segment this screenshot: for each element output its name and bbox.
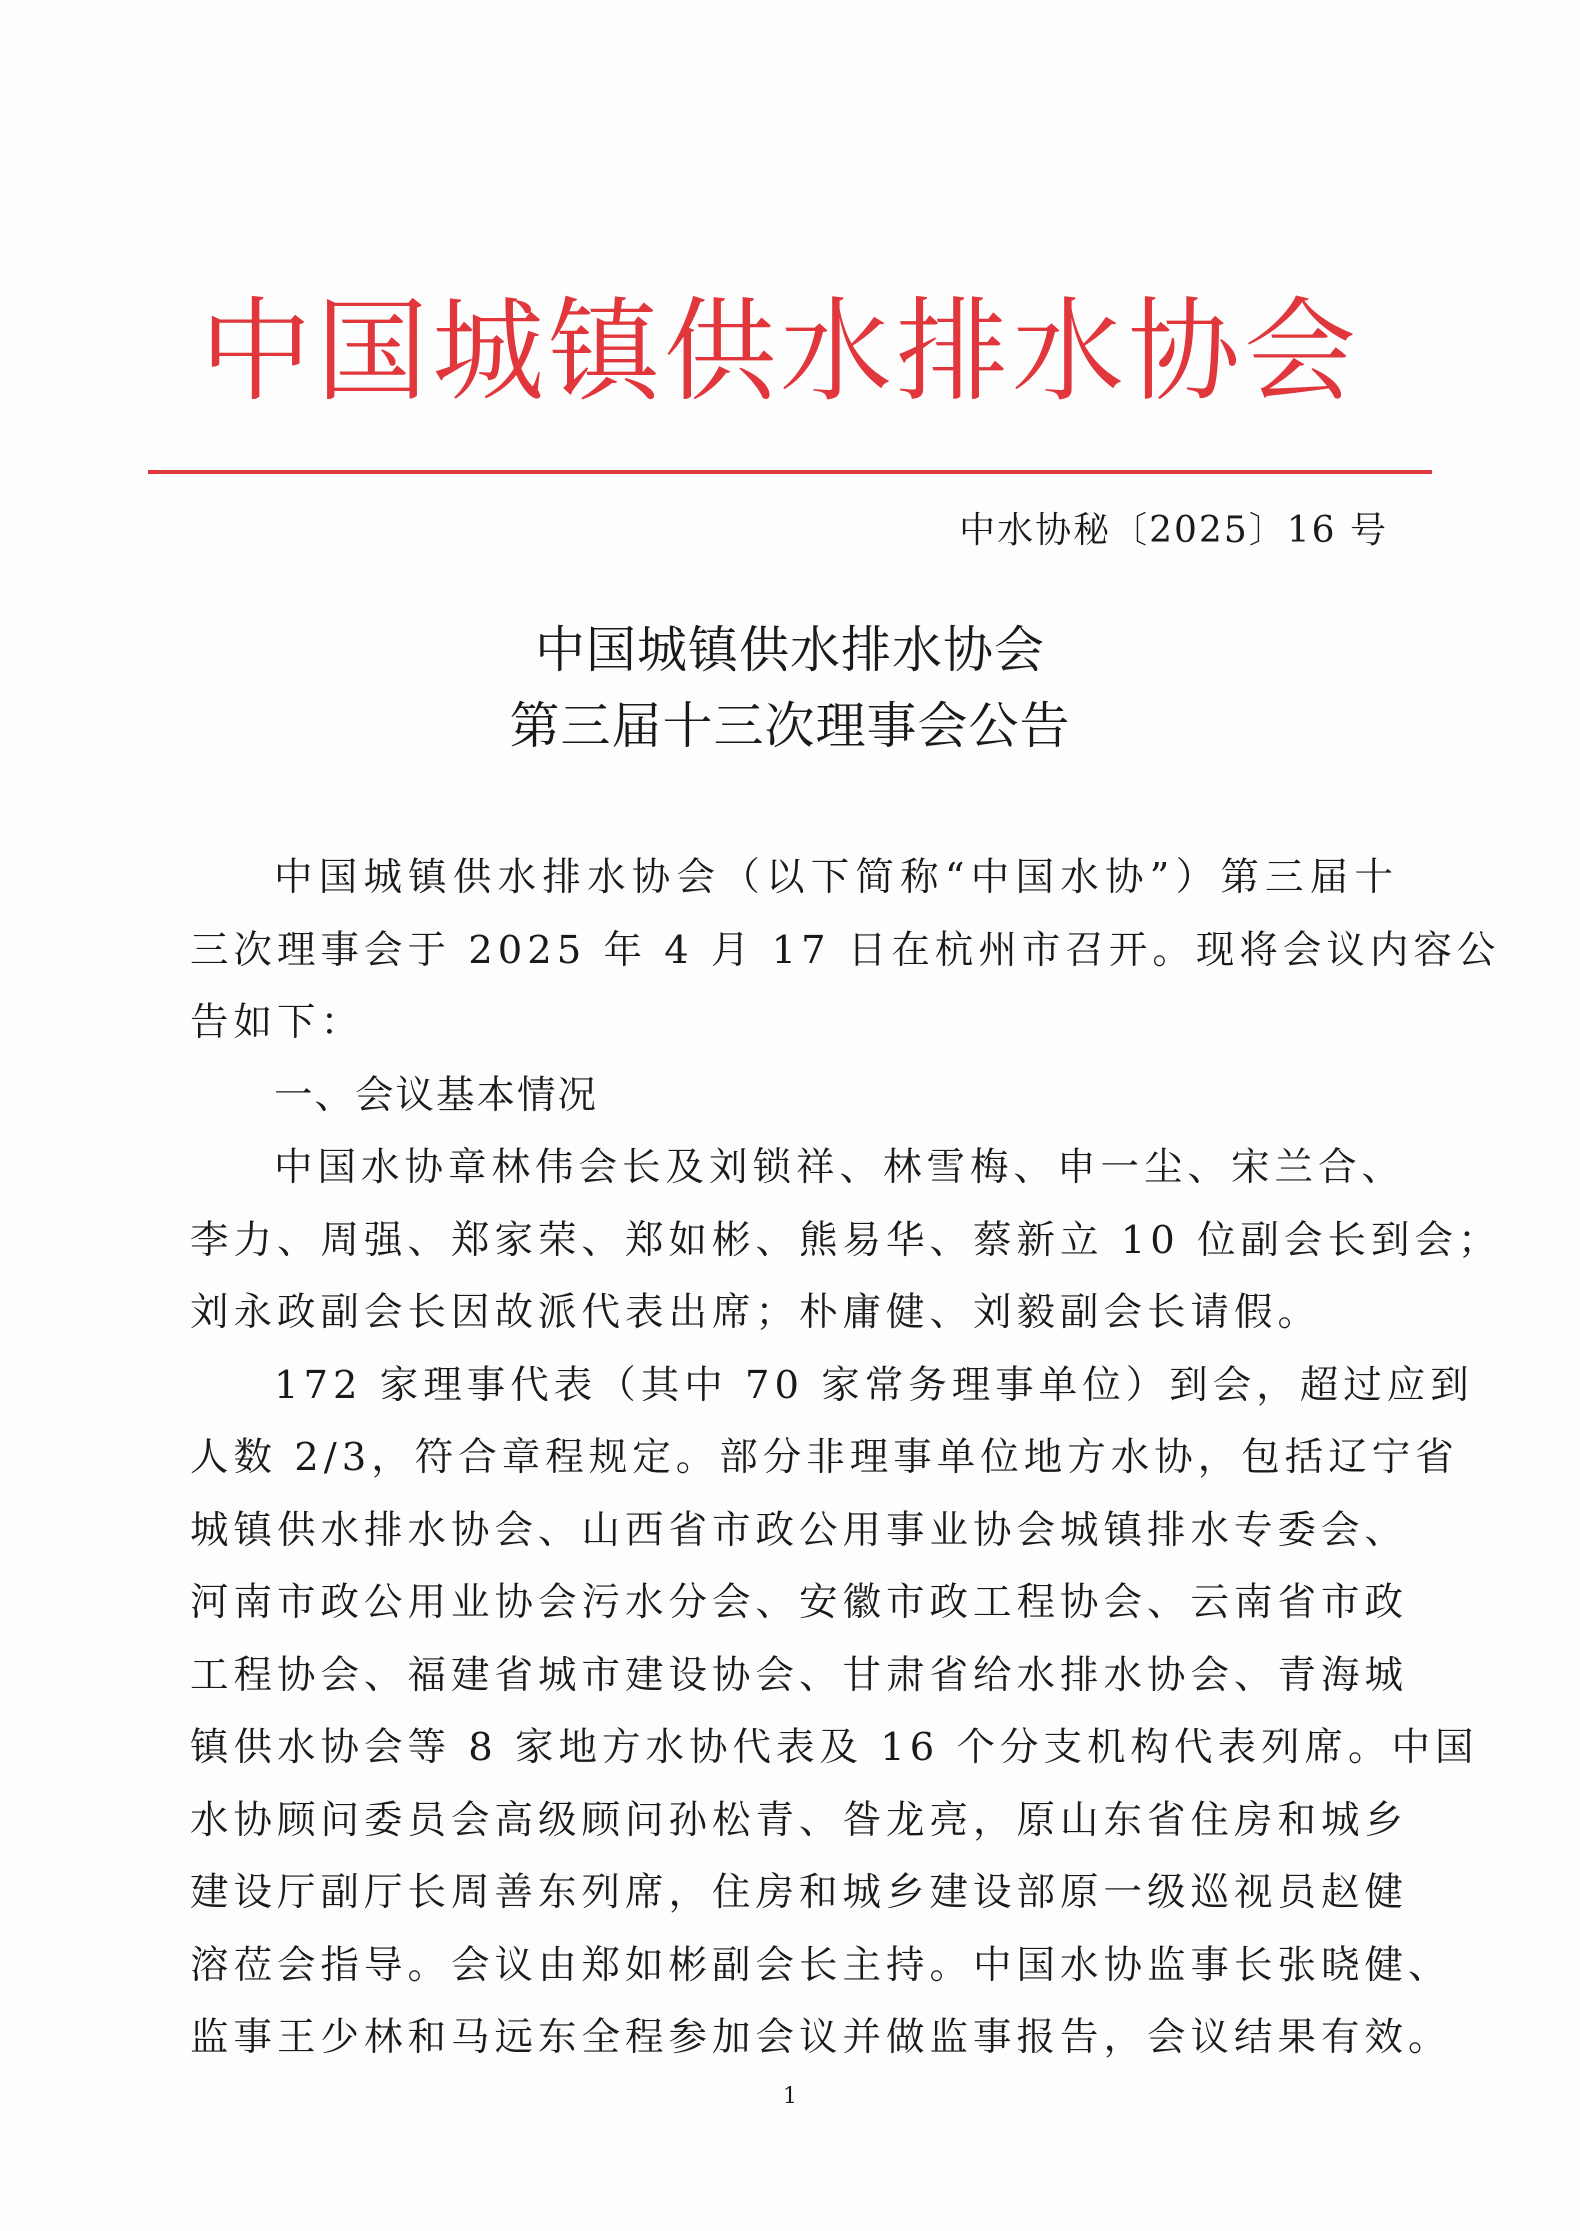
announcement-title-line-1: 中国城镇供水排水协会 xyxy=(0,618,1580,682)
body-line: 三次理事会于 2025 年 4 月 17 日在杭州市召开。现将会议内容公 xyxy=(190,915,1398,988)
body-line: 中国城镇供水排水协会（以下简称“中国水协”）第三届十 xyxy=(190,842,1398,915)
letterhead-title: 中国城镇供水排水协会 xyxy=(150,282,1410,422)
letterhead-red-rule xyxy=(148,470,1432,474)
body-line: 李力、周强、郑家荣、郑如彬、熊易华、蔡新立 10 位副会长到会； xyxy=(190,1205,1398,1278)
body-line: 水协顾问委员会高级顾问孙松青、昝龙亮，原山东省住房和城乡 xyxy=(190,1785,1398,1858)
body-line: 建设厅副厅长周善东列席，住房和城乡建设部原一级巡视员赵健 xyxy=(190,1857,1398,1930)
body-line: 告如下： xyxy=(190,987,1398,1060)
announcement-title-line-2: 第三届十三次理事会公告 xyxy=(0,694,1580,758)
section-heading: 一、会议基本情况 xyxy=(190,1060,1398,1133)
body-line: 工程协会、福建省城市建设协会、甘肃省给水排水协会、青海城 xyxy=(190,1640,1398,1713)
body-line: 溶莅会指导。会议由郑如彬副会长主持。中国水协监事长张晓健、 xyxy=(190,1930,1398,2003)
body-line: 刘永政副会长因故派代表出席；朴庸健、刘毅副会长请假。 xyxy=(190,1277,1398,1350)
document-page: 中国城镇供水排水协会 中水协秘〔2025〕16 号 中国城镇供水排水协会 第三届… xyxy=(0,0,1580,2231)
body-line: 监事王少林和马远东全程参加会议并做监事报告，会议结果有效。 xyxy=(190,2002,1398,2075)
body-line: 河南市政公用业协会污水分会、安徽市政工程协会、云南省市政 xyxy=(190,1567,1398,1640)
page-number: 1 xyxy=(0,2082,1580,2112)
body-line: 中国水协章林伟会长及刘锁祥、林雪梅、申一尘、宋兰合、 xyxy=(190,1132,1398,1205)
body-line: 城镇供水排水协会、山西省市政公用事业协会城镇排水专委会、 xyxy=(190,1495,1398,1568)
body-line: 镇供水协会等 8 家地方水协代表及 16 个分支机构代表列席。中国 xyxy=(190,1712,1398,1785)
document-body: 中国城镇供水排水协会（以下简称“中国水协”）第三届十 三次理事会于 2025 年… xyxy=(190,842,1398,2075)
body-line: 人数 2/3，符合章程规定。部分非理事单位地方水协，包括辽宁省 xyxy=(190,1422,1398,1495)
document-number: 中水协秘〔2025〕16 号 xyxy=(959,506,1388,556)
body-line: 172 家理事代表（其中 70 家常务理事单位）到会，超过应到 xyxy=(190,1350,1398,1423)
